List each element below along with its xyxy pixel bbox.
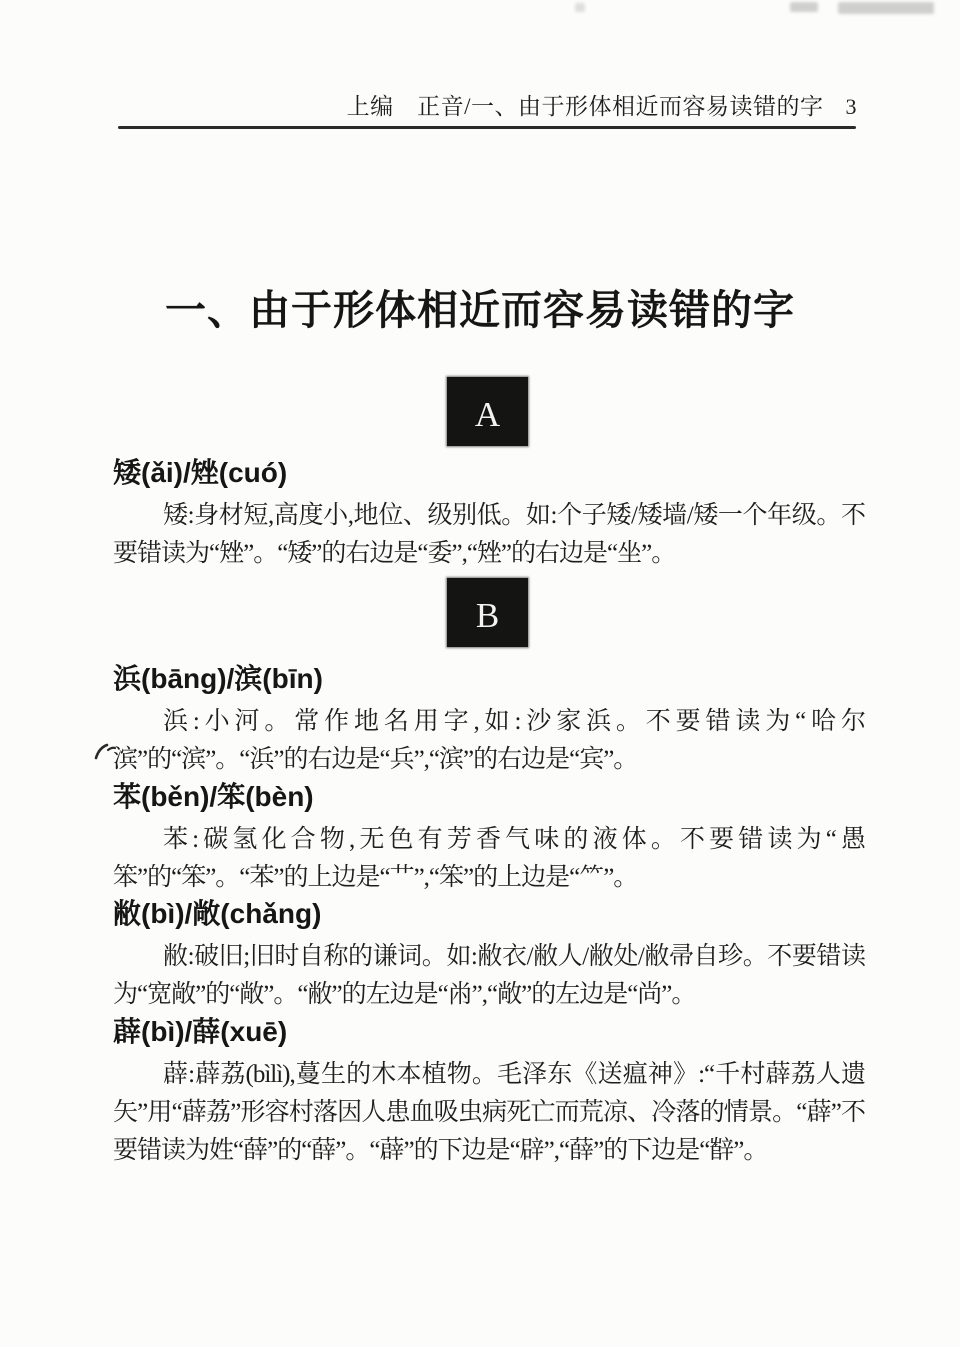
section-marker-b: B — [447, 578, 528, 647]
running-head: 上编 正音/一、由于形体相近而容易读错的字 3 — [113, 88, 857, 121]
scan-artifact — [838, 2, 934, 14]
entry-headword: 浜(bāng)/滨(bīn) — [113, 658, 865, 700]
entry-body: 浜:小河。常作地名用字,如:沙家浜。不要错读为“哈尔滨”的“滨”。“浜”的右边是… — [113, 703, 865, 779]
entry: 矮(ǎi)/矬(cuó) 矮:身材短,高度小,地位、级别低。如:个子矮/矮墙/矮… — [113, 452, 865, 573]
header-rule — [118, 126, 856, 129]
entry-body: 薜:薜荔(bìlì),蔓生的木本植物。毛泽东《送瘟神》:“千村薜荔人遗矢”用“薜… — [113, 1056, 865, 1170]
entry: 敝(bì)/敞(chǎng) 敝:破旧;旧时自称的谦词。如:敝衣/敝人/敝处/敝… — [113, 893, 865, 1014]
book-page: 上编 正音/一、由于形体相近而容易读错的字 3 一、由于形体相近而容易读错的字 … — [0, 0, 960, 1347]
section-letter: B — [476, 598, 499, 633]
page-number: 3 — [846, 94, 858, 120]
entry-body: 敝:破旧;旧时自称的谦词。如:敝衣/敝人/敝处/敝帚自珍。不要错读为“宽敞”的“… — [113, 938, 865, 1014]
entry: 薜(bì)/薛(xuē) 薜:薜荔(bìlì),蔓生的木本植物。毛泽东《送瘟神》… — [113, 1011, 865, 1170]
scan-artifact — [575, 3, 585, 12]
entry-headword: 苯(běn)/笨(bèn) — [113, 776, 865, 818]
entry: 苯(běn)/笨(bèn) 苯:碳氢化合物,无色有芳香气味的液体。不要错读为“愚… — [113, 776, 865, 897]
entry-headword: 矮(ǎi)/矬(cuó) — [113, 452, 865, 494]
entry: 浜(bāng)/滨(bīn) 浜:小河。常作地名用字,如:沙家浜。不要错读为“哈… — [113, 658, 865, 779]
entry-headword: 敝(bì)/敞(chǎng) — [113, 893, 865, 935]
running-head-text: 上编 正音/一、由于形体相近而容易读错的字 — [347, 88, 824, 121]
ink-mark — [92, 738, 118, 764]
page-title: 一、由于形体相近而容易读错的字 — [0, 277, 960, 336]
entry-body: 苯:碳氢化合物,无色有芳香气味的液体。不要错读为“愚笨”的“笨”。“苯”的上边是… — [113, 821, 865, 897]
section-letter: A — [475, 397, 500, 432]
entry-headword: 薜(bì)/薛(xuē) — [113, 1011, 865, 1053]
entry-body: 矮:身材短,高度小,地位、级别低。如:个子矮/矮墙/矮一个年级。不要错读为“矬”… — [113, 497, 865, 573]
section-marker-a: A — [447, 377, 528, 446]
scan-artifact — [790, 2, 818, 12]
